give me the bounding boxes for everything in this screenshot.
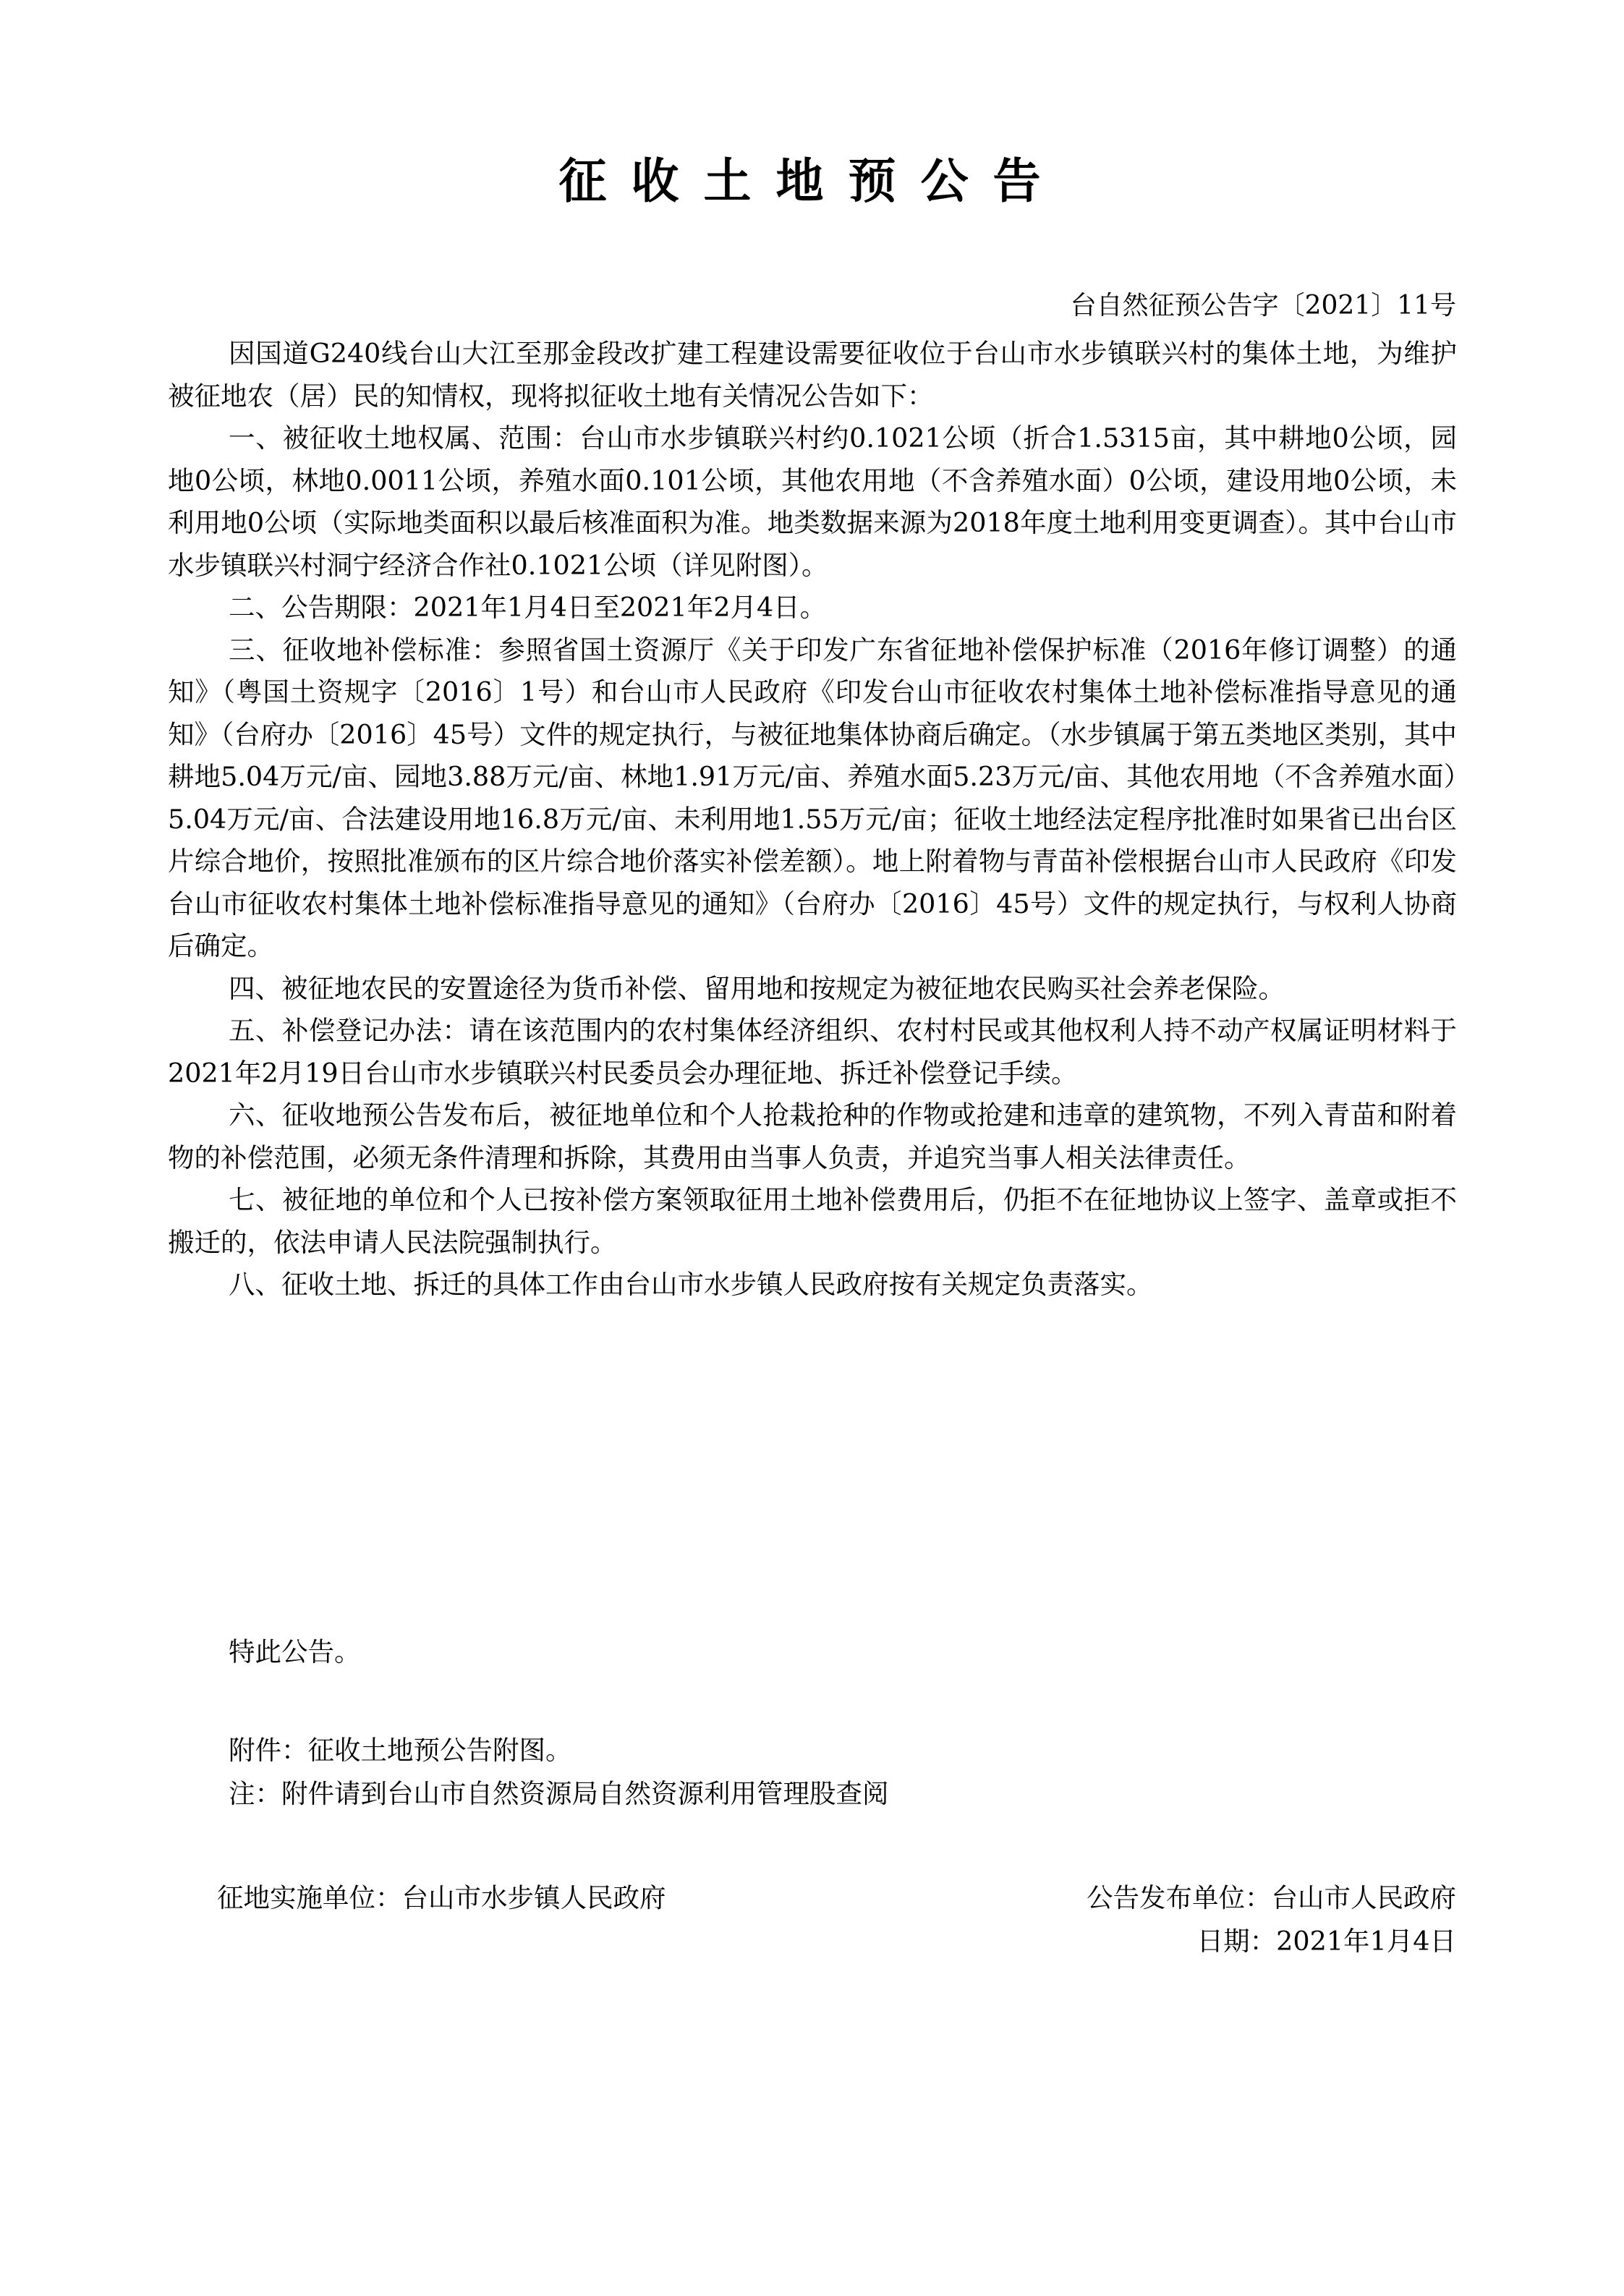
intro-paragraph: 因国道G240线台山大江至那金段改扩建工程建设需要征收位于台山市水步镇联兴村的集… bbox=[168, 333, 1457, 417]
section-1-land-ownership: 一、被征收土地权属、范围：台山市水步镇联兴村约0.1021公顷（折合1.5315… bbox=[168, 417, 1457, 587]
document-title: 征收土地预公告 bbox=[0, 148, 1624, 213]
section-7-enforcement: 七、被征地的单位和个人已按补偿方案领取征用土地补偿费用后，仍拒不在征地协议上签字… bbox=[168, 1179, 1457, 1264]
implementing-unit: 征地实施单位：台山市水步镇人民政府 bbox=[217, 1877, 666, 1919]
section-3-compensation-standard: 三、征收地补偿标准：参照省国土资源厅《关于印发广东省征地补偿保护标准（2016年… bbox=[168, 629, 1457, 968]
document-body: 因国道G240线台山大江至那金段改扩建工程建设需要征收位于台山市水步镇联兴村的集… bbox=[168, 333, 1457, 1306]
section-2-notice-period: 二、公告期限：2021年1月4日至2021年2月4日。 bbox=[168, 587, 1457, 629]
issuing-unit: 公告发布单位：台山市人民政府 bbox=[1087, 1877, 1456, 1919]
attachment-line: 附件：征收土地预公告附图。 bbox=[229, 1729, 889, 1772]
section-4-resettlement: 四、被征地农民的安置途径为货币补偿、留用地和按规定为被征地农民购买社会养老保险。 bbox=[168, 968, 1457, 1011]
attachment-note: 注：附件请到台山市自然资源局自然资源利用管理股查阅 bbox=[229, 1772, 889, 1816]
issue-date: 日期：2021年1月4日 bbox=[1197, 1921, 1456, 1963]
section-8-implementation: 八、征收土地、拆迁的具体工作由台山市水步镇人民政府按有关规定负责落实。 bbox=[168, 1264, 1457, 1306]
document-page: 征收土地预公告 台自然征预公告字〔2021〕11号 因国道G240线台山大江至那… bbox=[0, 0, 1624, 2296]
closing-statement: 特此公告。 bbox=[229, 1631, 361, 1673]
section-5-registration: 五、补偿登记办法：请在该范围内的农村集体经济组织、农村村民或其他权利人持不动产权… bbox=[168, 1010, 1457, 1094]
attachment-block: 附件：征收土地预公告附图。 注：附件请到台山市自然资源局自然资源利用管理股查阅 bbox=[229, 1729, 889, 1816]
section-6-prohibited-actions: 六、征收地预公告发布后，被征地单位和个人抢栽抢种的作物或抢建和违章的建筑物，不列… bbox=[168, 1094, 1457, 1179]
document-number: 台自然征预公告字〔2021〕11号 bbox=[1071, 286, 1456, 326]
